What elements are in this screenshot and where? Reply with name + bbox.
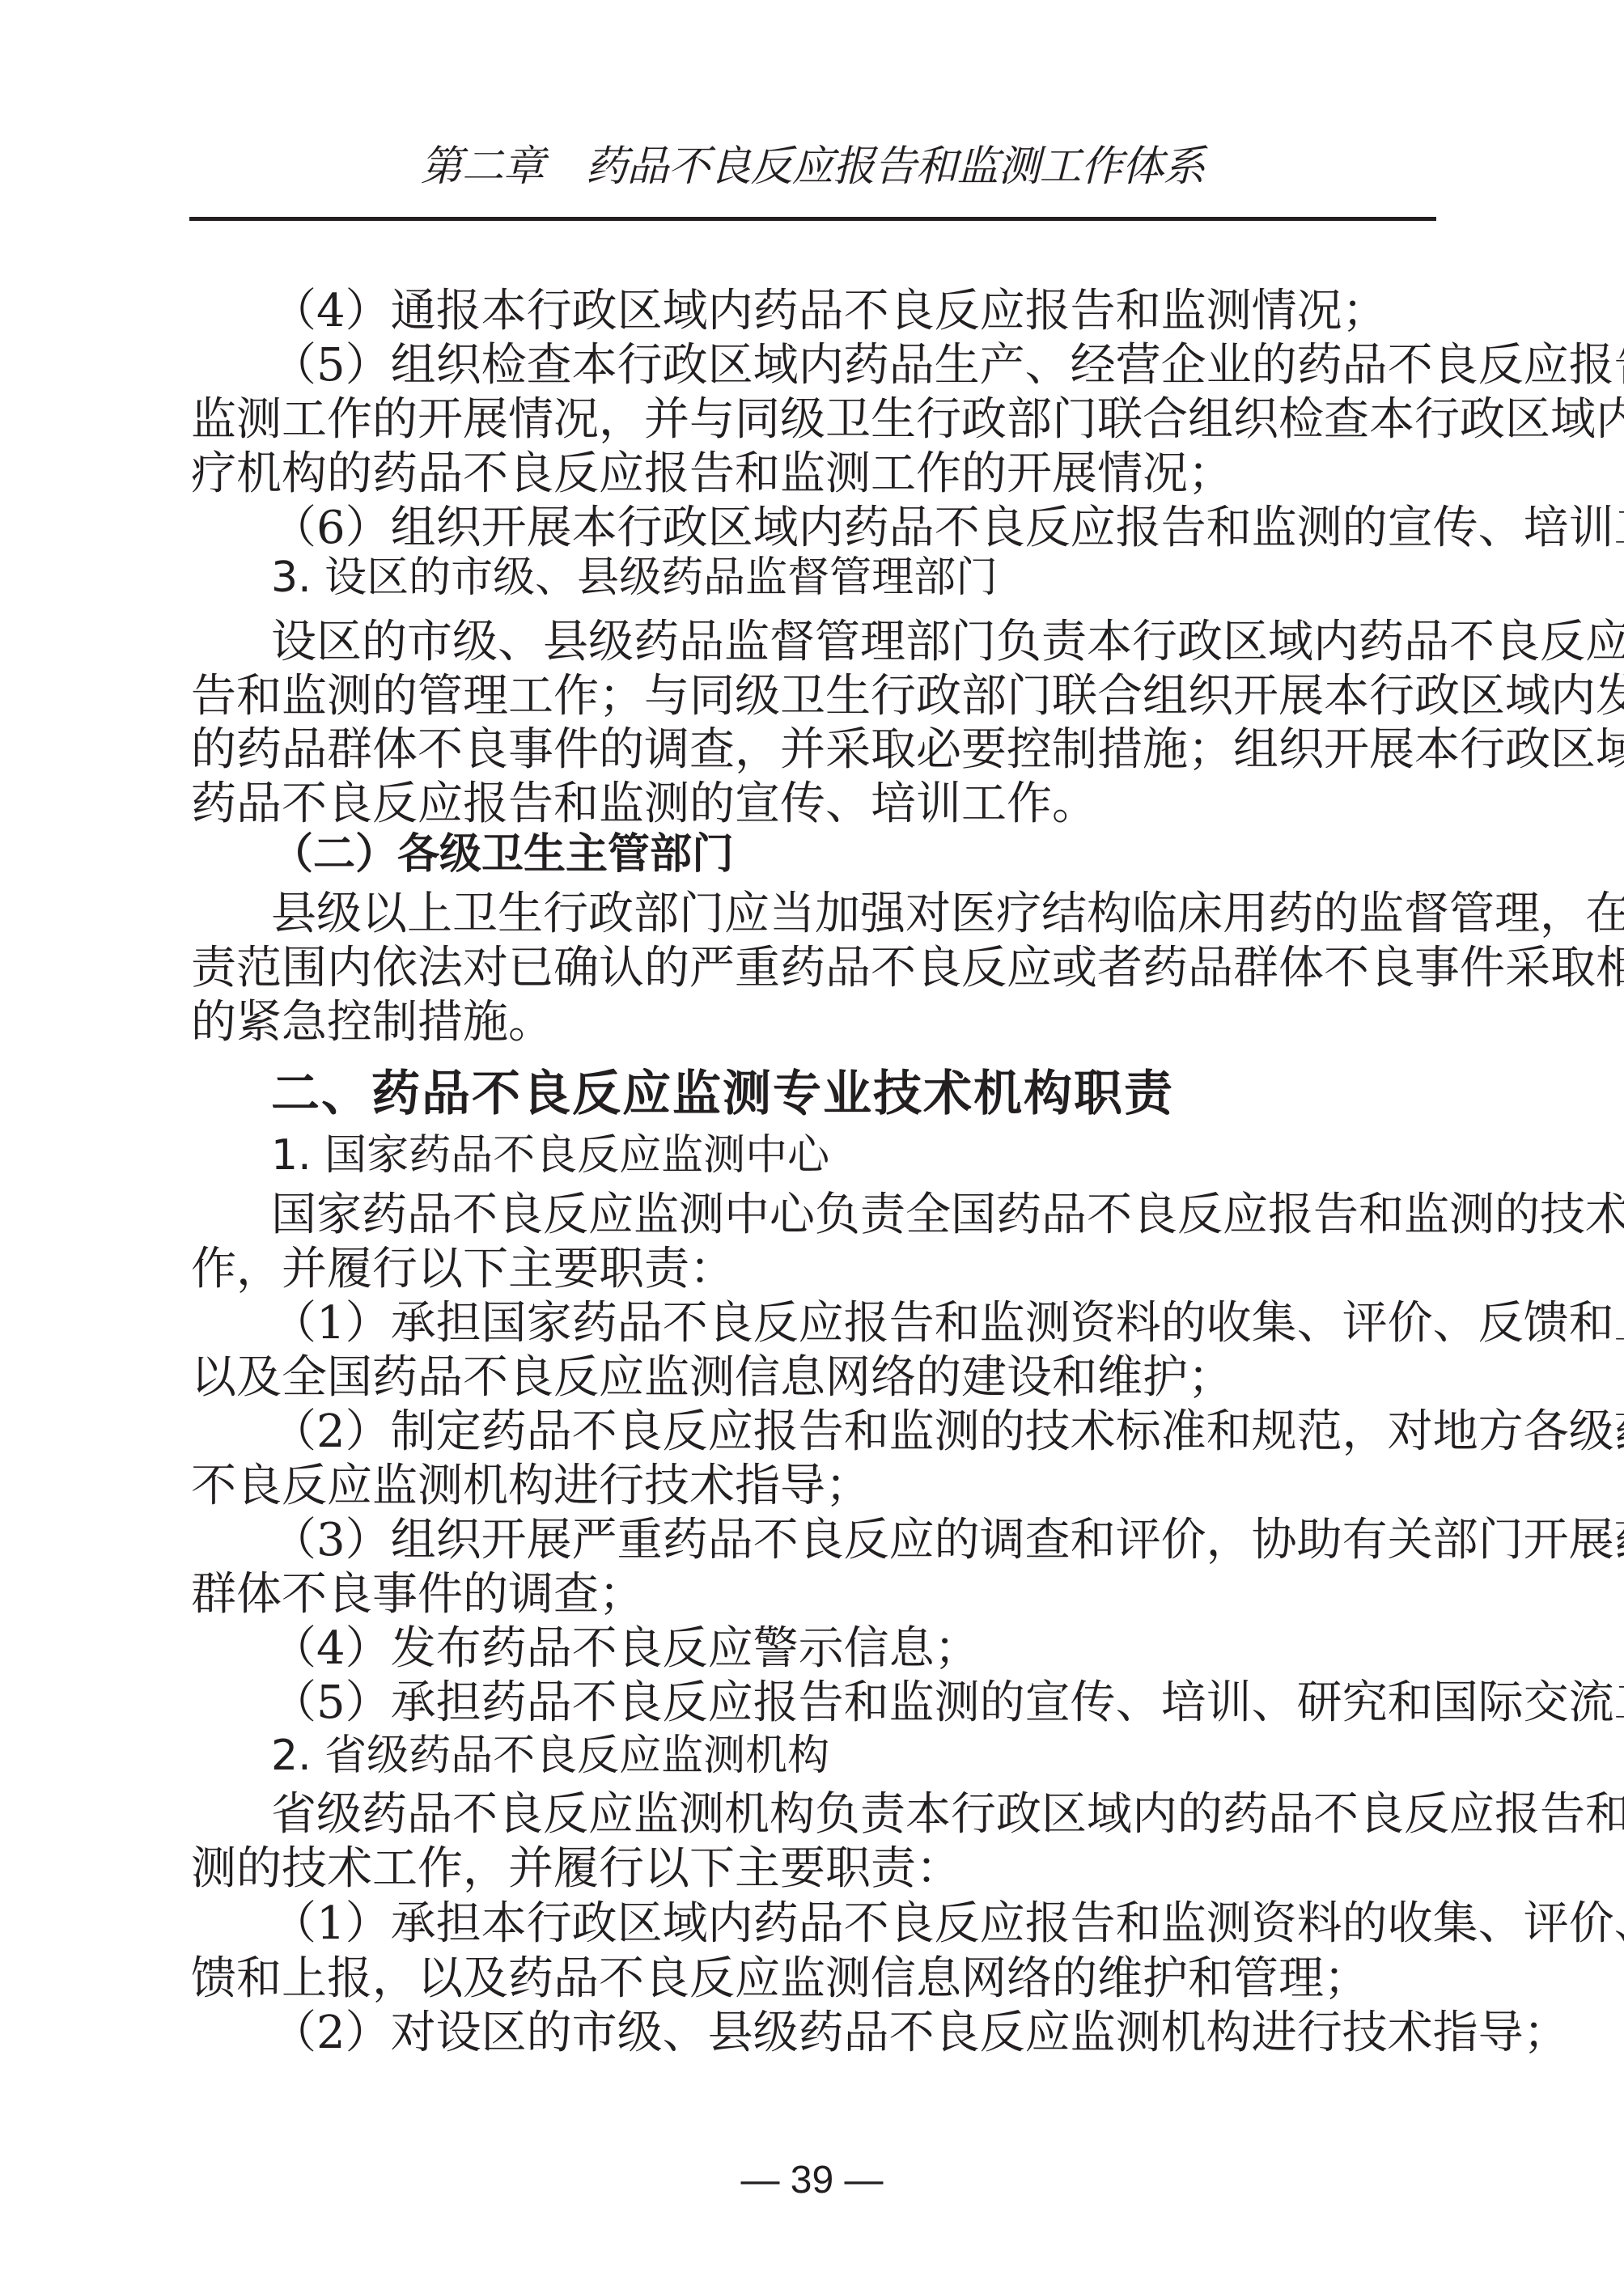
- running-head-title: 第二章 药品不良反应报告和监测工作体系: [189, 136, 1435, 197]
- paragraph-line: 国家药品不良反应监测中心负责全国药品不良反应报告和监测的技术工: [271, 1188, 1434, 1243]
- paragraph-line: 监测工作的开展情况，并与同级卫生行政部门联合组织检查本行政区域内医: [191, 392, 1434, 447]
- paragraph-line: 的紧急控制措施。: [191, 995, 1434, 1050]
- subsection-heading: 3. 设区的市级、县级药品监督管理部门: [271, 550, 1434, 605]
- book-page: 第二章 药品不良反应报告和监测工作体系 （4）通报本行政区域内药品不良反应报告和…: [0, 0, 1624, 2293]
- list-item: （1）承担本行政区域内药品不良反应报告和监测资料的收集、评价、反: [271, 1897, 1434, 1952]
- paragraph-line: 以及全国药品不良反应监测信息网络的建设和维护；: [191, 1350, 1434, 1405]
- list-item: （4）通报本行政区域内药品不良反应报告和监测情况；: [271, 284, 1434, 339]
- paragraph-line: 作，并履行以下主要职责：: [191, 1242, 1434, 1297]
- chapter-section-heading: 二、药品不良反应监测专业技术机构职责: [271, 1062, 1434, 1126]
- list-item: （5）承担药品不良反应报告和监测的宣传、培训、研究和国际交流工作。: [271, 1676, 1434, 1731]
- paragraph-line: 群体不良事件的调查；: [191, 1567, 1434, 1622]
- paragraph-line: 不良反应监测机构进行技术指导；: [191, 1459, 1434, 1514]
- paragraph-line: 省级药品不良反应监测机构负责本行政区域内的药品不良反应报告和监: [271, 1787, 1434, 1842]
- subsection-heading: 2. 省级药品不良反应监测机构: [271, 1728, 1434, 1783]
- paragraph-line: 告和监测的管理工作；与同级卫生行政部门联合组织开展本行政区域内发生: [191, 669, 1434, 724]
- paragraph-line: 馈和上报，以及药品不良反应监测信息网络的维护和管理；: [191, 1952, 1434, 2007]
- paragraph-line: 设区的市级、县级药品监督管理部门负责本行政区域内药品不良反应报: [271, 615, 1434, 670]
- header-rule: [189, 217, 1436, 221]
- paragraph-line: 药品不良反应报告和监测的宣传、培训工作。: [191, 777, 1434, 832]
- paragraph-line: 责范围内依法对已确认的严重药品不良反应或者药品群体不良事件采取相关: [191, 941, 1434, 996]
- list-item: （4）发布药品不良反应警示信息；: [271, 1621, 1434, 1676]
- list-item: （1）承担国家药品不良反应报告和监测资料的收集、评价、反馈和上报，: [271, 1296, 1434, 1351]
- list-item: （2）制定药品不良反应报告和监测的技术标准和规范，对地方各级药品: [271, 1405, 1434, 1460]
- list-item: （6）组织开展本行政区域内药品不良反应报告和监测的宣传、培训工作。: [271, 501, 1434, 556]
- list-item: （5）组织检查本行政区域内药品生产、经营企业的药品不良反应报告和: [271, 338, 1434, 393]
- subsection-heading: 1. 国家药品不良反应监测中心: [271, 1128, 1434, 1183]
- paragraph-line: 测的技术工作，并履行以下主要职责：: [191, 1842, 1434, 1897]
- paragraph-line: 的药品群体不良事件的调查，并采取必要控制措施；组织开展本行政区域内: [191, 723, 1434, 778]
- section-heading: （二）各级卫生主管部门: [271, 827, 1434, 882]
- list-item: （2）对设区的市级、县级药品不良反应监测机构进行技术指导；: [271, 2006, 1434, 2061]
- paragraph-line: 县级以上卫生行政部门应当加强对医疗结构临床用药的监督管理，在职: [271, 887, 1434, 942]
- list-item: （3）组织开展严重药品不良反应的调查和评价，协助有关部门开展药品: [271, 1513, 1434, 1568]
- paragraph-line: 疗机构的药品不良反应报告和监测工作的开展情况；: [191, 447, 1434, 502]
- page-number: — 39 —: [0, 2152, 1624, 2209]
